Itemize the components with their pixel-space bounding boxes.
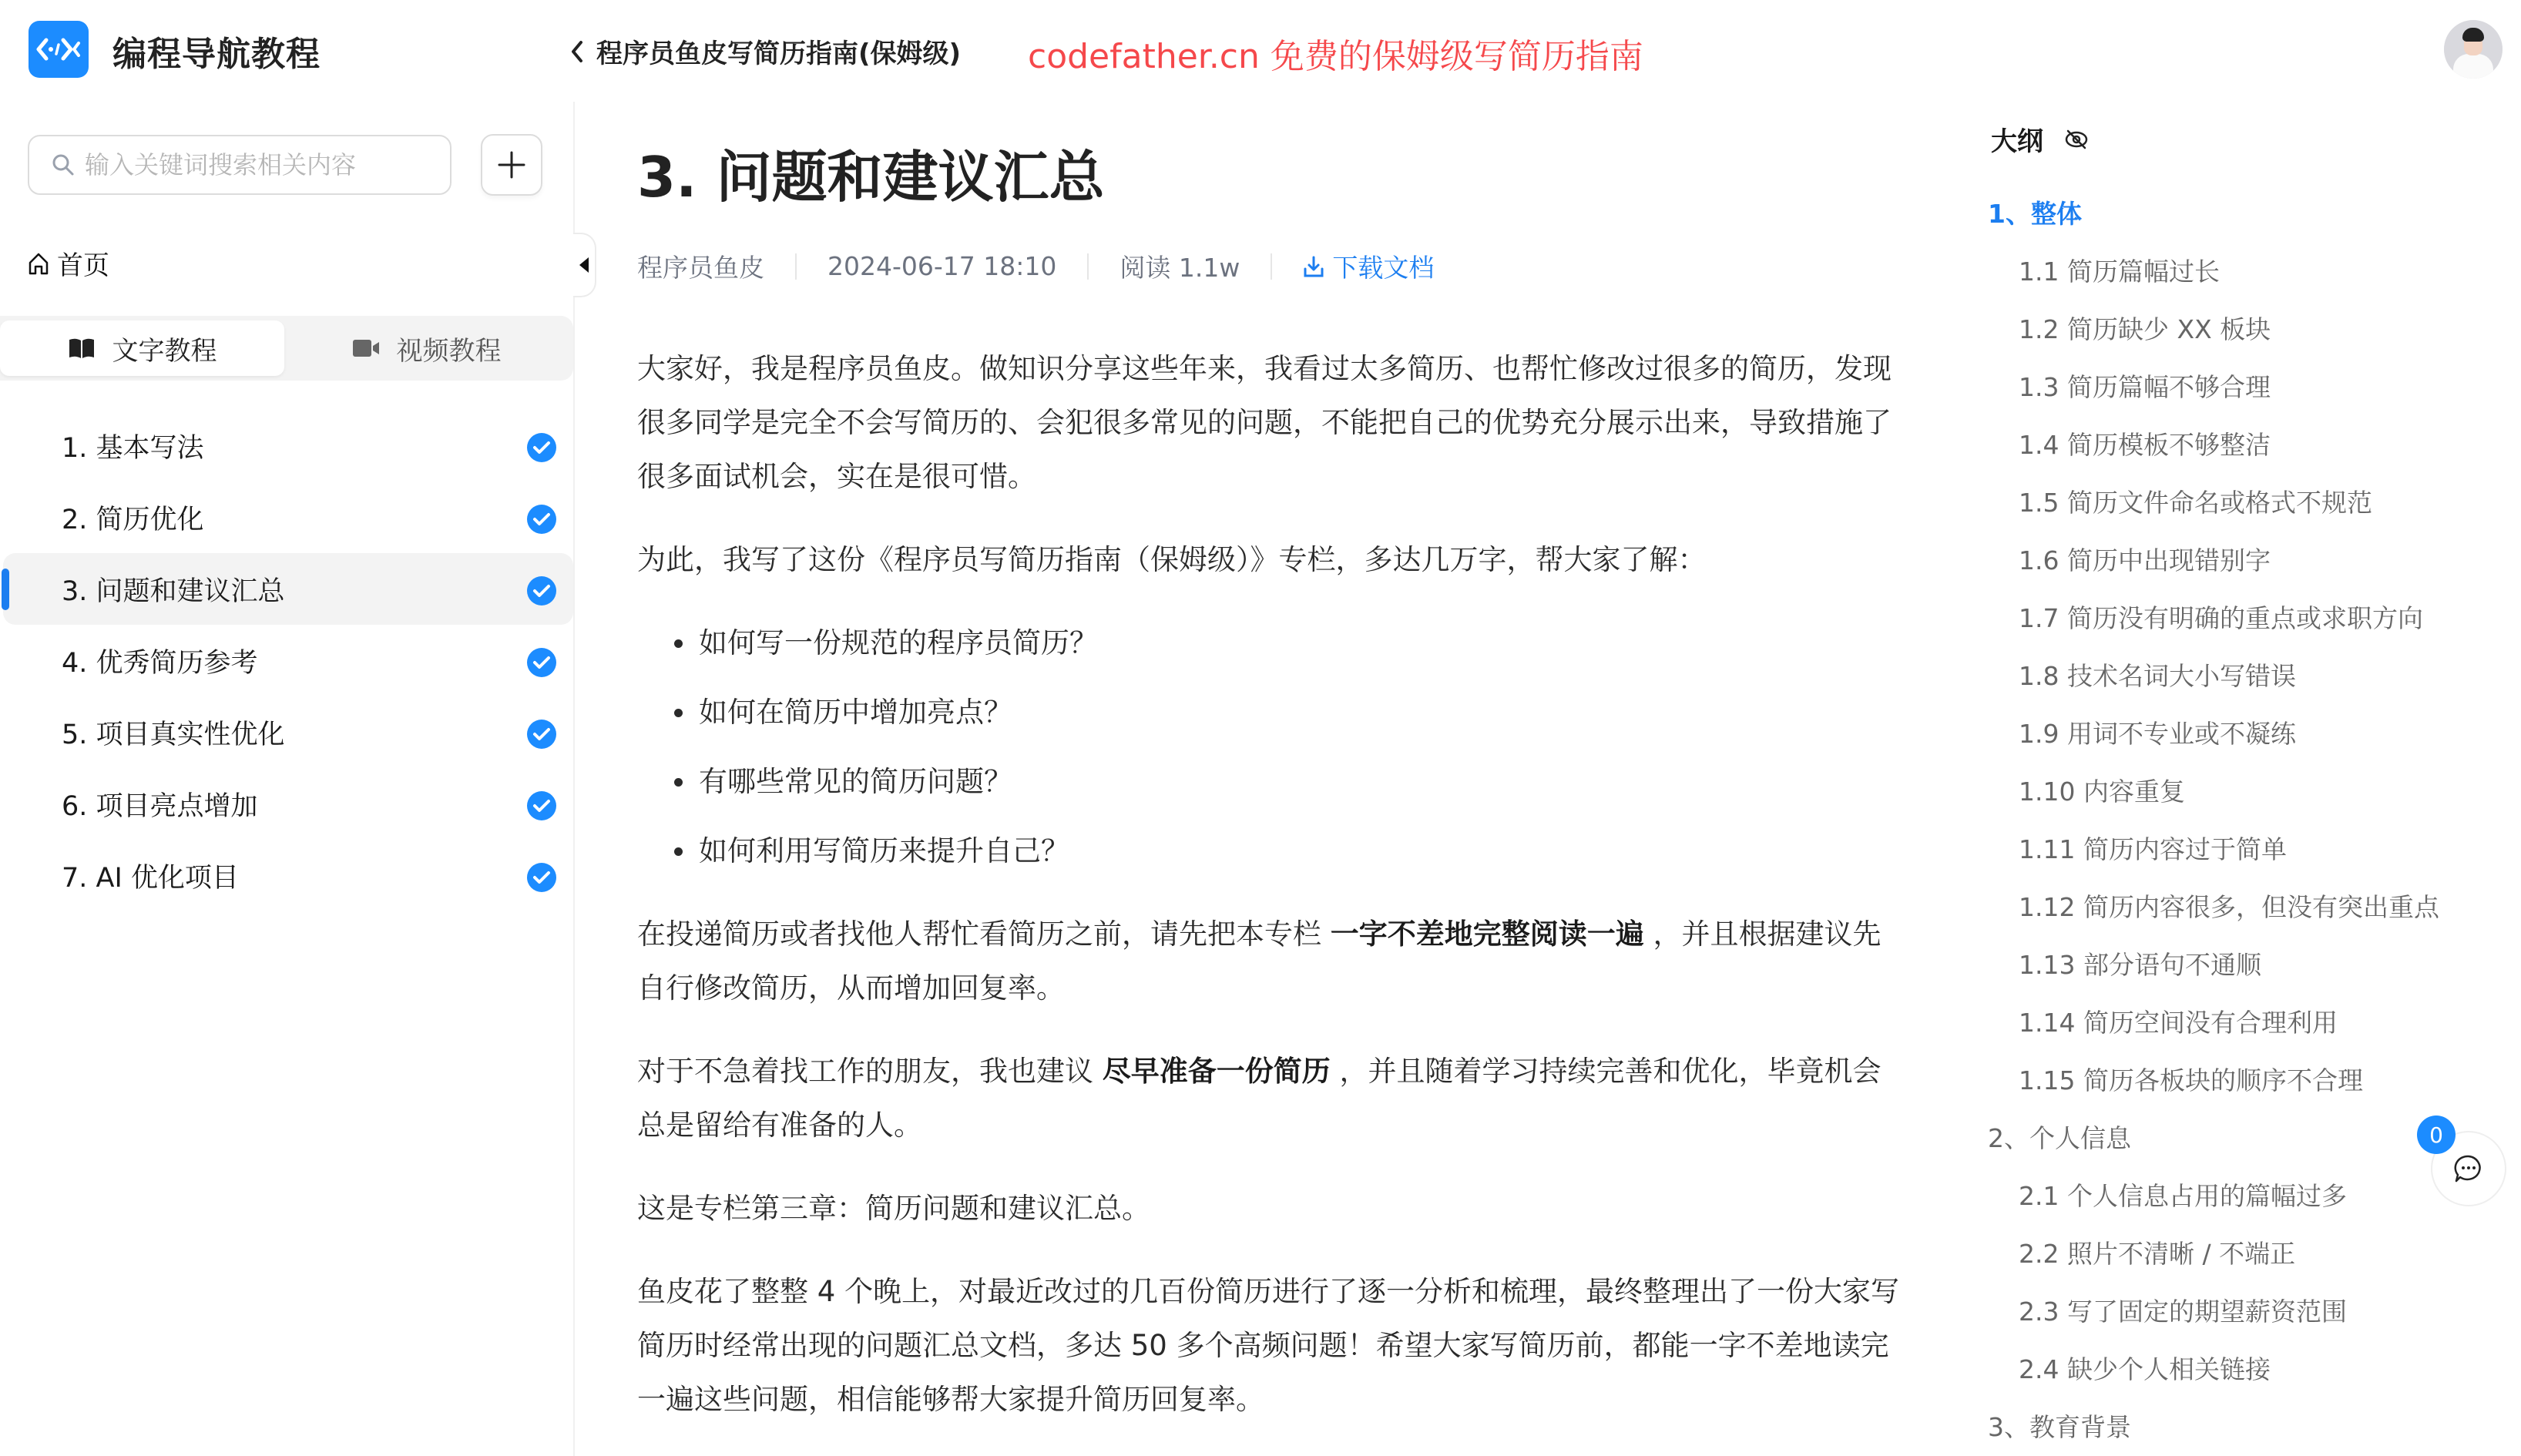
emphasis: 尽早准备一份简历: [1103, 1055, 1331, 1088]
eye-off-icon[interactable]: [2063, 126, 2090, 153]
divider: [1087, 253, 1089, 280]
search-box[interactable]: [28, 135, 451, 195]
page-title: 3. 问题和建议汇总: [637, 133, 1105, 213]
bullet-item: 如何在简历中增加亮点？: [637, 686, 1901, 740]
user-avatar[interactable]: [2444, 20, 2503, 79]
chevron-left-icon: [569, 39, 586, 64]
chapter-label: 7. AI 优化项目: [62, 857, 239, 895]
divider: [795, 253, 797, 280]
bullet-item: 如何写一份规范的程序员简历？: [637, 616, 1901, 670]
plus-icon: [496, 149, 527, 180]
site-title[interactable]: 编程导航教程: [112, 26, 321, 75]
chapter-item[interactable]: 4. 优秀简历参考: [0, 625, 573, 696]
code-fish-logo-icon: [35, 34, 82, 65]
outline-item[interactable]: 1.1 简历篇幅过长: [1988, 243, 2521, 300]
paragraph: 为此，我写了这份《程序员写简历指南（保姆级）》专栏，多达几万字，帮大家了解：: [637, 533, 1901, 587]
download-icon: [1303, 255, 1324, 278]
paragraph: 鱼皮花了整整 4 个晚上，对最近改过的几百份简历进行了逐一分析和梳理，最终整理出…: [637, 1265, 1901, 1427]
outline-item[interactable]: 1.10 内容重复: [1988, 763, 2521, 820]
top-header: 编程导航教程 程序员鱼皮写简历指南(保姆级) codefather.cn 免费的…: [0, 0, 2521, 102]
chat-bubble-icon: [2454, 1154, 2483, 1183]
completed-check-icon: [527, 505, 556, 534]
article-body: 大家好，我是程序员鱼皮。做知识分享这些年来，我看过太多简历、也帮忙修改过很多的简…: [637, 342, 1901, 1456]
outline-title: 大纲: [1991, 120, 2043, 158]
text: 对于不急着找工作的朋友，我也建议: [637, 1055, 1103, 1088]
tab-video-tutorial[interactable]: 视频教程: [284, 320, 569, 376]
outline-item[interactable]: 1.9 用词不专业或不凝练: [1988, 705, 2521, 763]
caret-left-icon: [578, 256, 590, 274]
video-icon: [352, 337, 380, 359]
outline-item[interactable]: 1.5 简历文件命名或格式不规范: [1988, 474, 2521, 532]
chapter-label: 2. 简历优化: [62, 498, 204, 537]
read-count: 阅读 1.1w: [1120, 248, 1240, 284]
outline-item[interactable]: 1.3 简历篇幅不够合理: [1988, 358, 2521, 416]
chapter-label: 4. 优秀简历参考: [62, 642, 258, 680]
chapter-label: 5. 项目真实性优化: [62, 713, 285, 752]
completed-check-icon: [527, 648, 556, 677]
tab-text-tutorial[interactable]: 文字教程: [0, 320, 284, 376]
outline-item[interactable]: 2.4 缺少个人相关链接: [1988, 1340, 2521, 1398]
paragraph: 对于不急着找工作的朋友，我也建议 尽早准备一份简历 ，并且随着学习持续完善和优化…: [637, 1045, 1901, 1152]
publish-date: 2024-06-17 18:10: [827, 251, 1056, 281]
search-input[interactable]: [85, 150, 439, 179]
author-name[interactable]: 程序员鱼皮: [637, 248, 764, 284]
home-icon: [28, 251, 49, 276]
bullet-item: 有哪些常见的简历问题？: [637, 755, 1901, 809]
completed-check-icon: [527, 863, 556, 892]
left-sidebar: 首页 文字教程 视频教程 1. 基本写法 2. 简历优化 3. 问题和建议汇总 …: [0, 102, 575, 1456]
outline-list: 1、整体 1.1 简历篇幅过长 1.2 简历缺少 XX 板块 1.3 简历篇幅不…: [1988, 185, 2521, 1456]
site-logo[interactable]: [29, 21, 89, 78]
tab-label: 视频教程: [397, 330, 502, 367]
download-label: 下载文档: [1332, 248, 1434, 284]
chapter-item[interactable]: 1. 基本写法: [0, 410, 573, 481]
add-button[interactable]: [481, 134, 542, 196]
completed-check-icon: [527, 433, 556, 462]
outline-item[interactable]: 1.13 部分语句不通顺: [1988, 936, 2521, 994]
chapter-item-active[interactable]: 3. 问题和建议汇总: [3, 553, 573, 625]
outline-item[interactable]: 1.11 简历内容过于简单: [1988, 820, 2521, 878]
search-icon: [51, 153, 76, 177]
outline-item[interactable]: 1.12 简历内容很多，但没有突出重点: [1988, 878, 2521, 936]
outline-item[interactable]: 1、整体: [1988, 185, 2521, 243]
outline-item[interactable]: 1.8 技术名词大小写错误: [1988, 647, 2521, 705]
tab-label: 文字教程: [112, 330, 217, 367]
comment-count-badge: 0: [2417, 1115, 2456, 1154]
outline-item[interactable]: 2.3 写了固定的期望薪资范围: [1988, 1283, 2521, 1340]
article-meta: 程序员鱼皮 2024-06-17 18:10 阅读 1.1w 下载文档: [637, 248, 1434, 284]
chapter-label: 6. 项目亮点增加: [62, 785, 258, 824]
outline-item[interactable]: 2.2 照片不清晰 / 不端正: [1988, 1225, 2521, 1283]
paragraph: 在投递简历或者找他人帮忙看简历之前，请先把本专栏 一字不差地完整阅读一遍 ，并且…: [637, 907, 1901, 1015]
outline-item[interactable]: 1.2 简历缺少 XX 板块: [1988, 300, 2521, 358]
outline-header: 大纲: [1991, 120, 2090, 158]
chapter-label: 3. 问题和建议汇总: [62, 570, 285, 609]
outline-item[interactable]: 1.7 简历没有明确的重点或求职方向: [1988, 589, 2521, 647]
completed-check-icon: [527, 576, 556, 606]
book-icon: [68, 337, 96, 359]
course-title: 程序员鱼皮写简历指南(保姆级): [596, 32, 961, 70]
bullet-item: 如何利用写简历来提升自己？: [637, 824, 1901, 878]
completed-check-icon: [527, 720, 556, 749]
home-link[interactable]: 首页: [28, 244, 109, 282]
outline-item[interactable]: 1.15 简历各板块的顺序不合理: [1988, 1052, 2521, 1109]
outline-item[interactable]: 1.14 简历空间没有合理利用: [1988, 994, 2521, 1052]
chapter-item[interactable]: 7. AI 优化项目: [0, 840, 573, 911]
outline-item[interactable]: 1.4 简历模板不够整洁: [1988, 416, 2521, 474]
home-label: 首页: [57, 244, 109, 282]
chapter-item[interactable]: 5. 项目真实性优化: [0, 696, 573, 768]
completed-check-icon: [527, 791, 556, 820]
text: 在投递简历或者找他人帮忙看简历之前，请先把本专栏: [637, 918, 1331, 951]
chapter-list: 1. 基本写法 2. 简历优化 3. 问题和建议汇总 4. 优秀简历参考 5. …: [0, 410, 573, 911]
collapse-sidebar-button[interactable]: [573, 233, 596, 297]
bullet-list: 如何写一份规范的程序员简历？ 如何在简历中增加亮点？ 有哪些常见的简历问题？ 如…: [637, 616, 1901, 878]
chapter-label: 1. 基本写法: [62, 427, 204, 465]
paragraph: 大家好，我是程序员鱼皮。做知识分享这些年来，我看过太多简历、也帮忙修改过很多的简…: [637, 342, 1901, 504]
divider: [1271, 253, 1272, 280]
chapter-item[interactable]: 6. 项目亮点增加: [0, 768, 573, 840]
outline-item[interactable]: 3、教育背景: [1988, 1398, 2521, 1456]
chapter-item[interactable]: 2. 简历优化: [0, 481, 573, 553]
outline-item[interactable]: 1.6 简历中出现错别字: [1988, 532, 2521, 589]
emphasis: 一字不差地完整阅读一遍: [1331, 918, 1644, 951]
tutorial-type-tabs: 文字教程 视频教程: [0, 316, 573, 381]
download-document-link[interactable]: 下载文档: [1303, 248, 1434, 284]
back-to-course-link[interactable]: 程序员鱼皮写简历指南(保姆级): [569, 32, 961, 70]
paragraph: 这是专栏第三章：简历问题和建议汇总。: [637, 1182, 1901, 1236]
promo-banner[interactable]: codefather.cn 免费的保姆级写简历指南: [1028, 29, 1643, 78]
